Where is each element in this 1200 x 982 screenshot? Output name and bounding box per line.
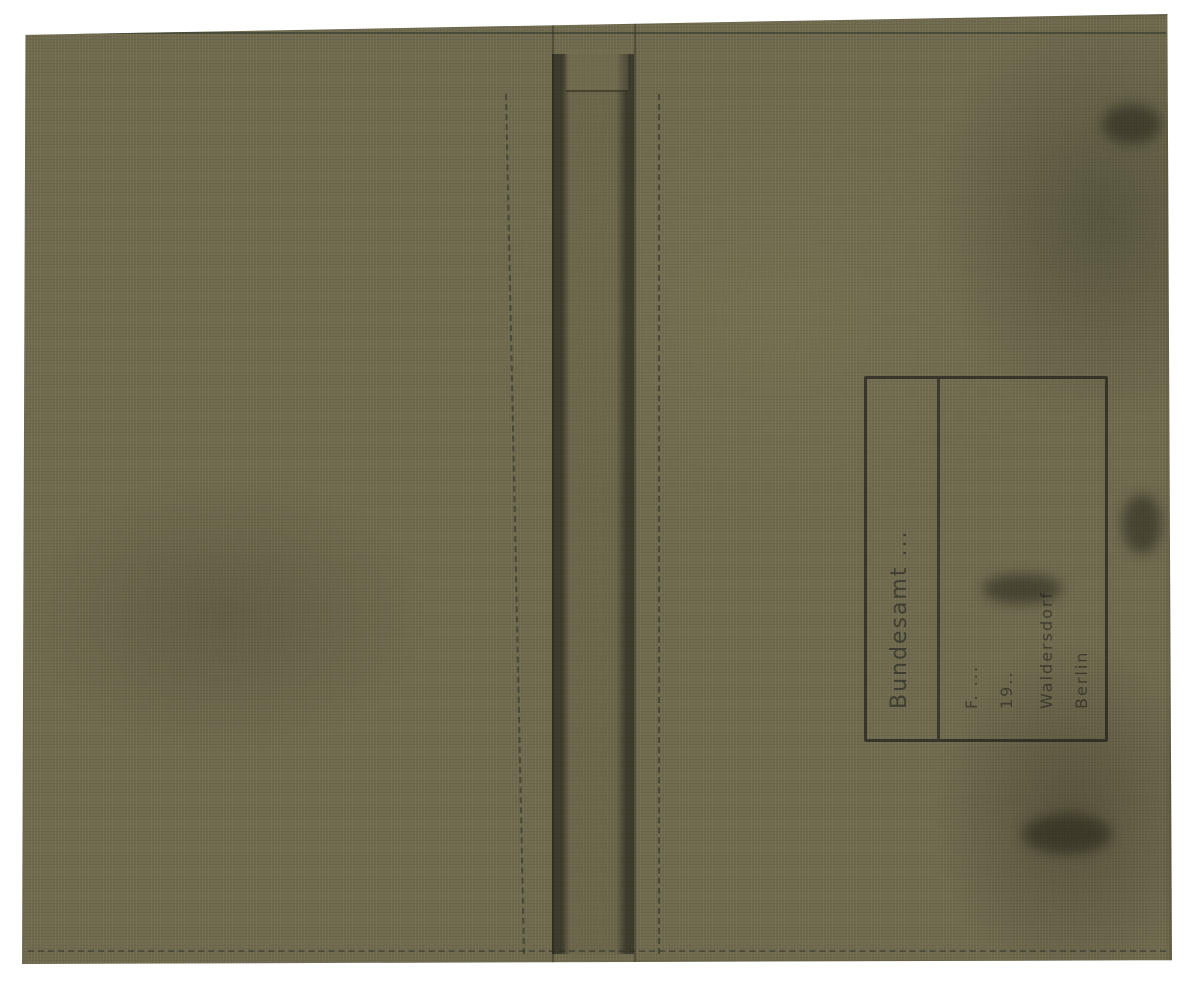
stamp-line: 19.. bbox=[997, 670, 1016, 709]
stain bbox=[1022, 814, 1112, 854]
stain bbox=[1102, 104, 1162, 144]
right-stitching bbox=[658, 94, 660, 954]
stamp-line: Bundesamt ... bbox=[887, 530, 912, 709]
top-seam bbox=[28, 32, 1166, 34]
stamp-divider bbox=[937, 379, 940, 739]
stamp-line: Berlin bbox=[1072, 651, 1091, 709]
stamp-line: Waldersdorf bbox=[1037, 591, 1056, 709]
bottom-seam bbox=[28, 950, 1166, 952]
center-spine bbox=[552, 54, 634, 954]
left-panel bbox=[22, 14, 554, 964]
spine-tab bbox=[566, 50, 628, 92]
stain bbox=[1122, 494, 1162, 554]
ink-stamp: Bundesamt ... F. ... 19.. Waldersdorf Be… bbox=[864, 376, 1108, 742]
canvas-wallet: Bundesamt ... F. ... 19.. Waldersdorf Be… bbox=[22, 14, 1172, 964]
stamp-line: F. ... bbox=[962, 665, 981, 709]
